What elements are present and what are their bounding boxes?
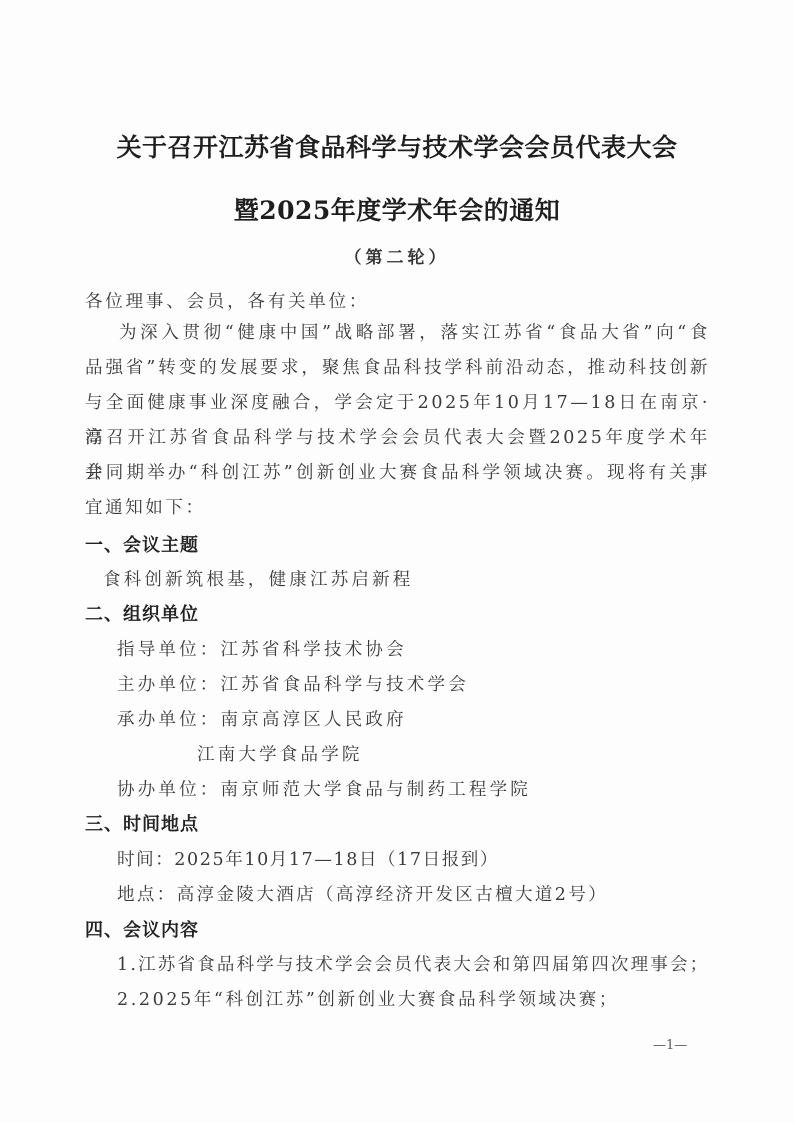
meeting-theme: 食科创新筑根基，健康江苏启新程 bbox=[103, 566, 414, 591]
organizer-unit: 承办单位：南京高淳区人民政府 bbox=[117, 706, 407, 731]
meeting-place: 地点：高淳金陵大酒店（高淳经济开发区古檀大道2号） bbox=[117, 881, 608, 906]
intro-line-1: 为深入贯彻“健康中国”战略部署，落实江苏省“食品大省”向“食 bbox=[85, 316, 710, 351]
notice-round: （第二轮） bbox=[0, 243, 794, 268]
organizer-unit-2: 江南大学食品学院 bbox=[197, 741, 363, 766]
section-heading-time-place: 三、时间地点 bbox=[85, 810, 199, 836]
guide-unit: 指导单位：江苏省科学技术协会 bbox=[117, 636, 407, 661]
salutation: 各位理事、会员，各有关单位： bbox=[85, 288, 369, 313]
section-heading-theme: 一、会议主题 bbox=[85, 531, 199, 557]
co-organizer-unit: 协办单位：南京师范大学食品与制药工程学院 bbox=[117, 776, 531, 801]
meeting-time: 时间：2025年10月17—18日（17日报到） bbox=[117, 846, 499, 871]
intro-line-2: 品强省”转变的发展要求，聚焦食品科技学科前沿动态，推动科技创新 bbox=[85, 351, 710, 386]
document-title-line2: 暨2025年度学术年会的通知 bbox=[0, 191, 794, 227]
document-title-line1: 关于召开江苏省食品科学与技术学会会员代表大会 bbox=[0, 128, 794, 164]
document-page: 关于召开江苏省食品科学与技术学会会员代表大会 暨2025年度学术年会的通知 （第… bbox=[0, 0, 794, 1123]
content-item-2: 2.2025年“科创江苏”创新创业大赛食品科学领域决赛； bbox=[117, 986, 619, 1011]
section-heading-content: 四、会议内容 bbox=[85, 916, 199, 942]
intro-line-5: 并同期举办“科创江苏”创新创业大赛食品科学领域决赛。现将有关事 bbox=[85, 456, 710, 491]
section-heading-organizers: 二、组织单位 bbox=[85, 600, 199, 626]
host-unit: 主办单位：江苏省食品科学与技术学会 bbox=[117, 671, 469, 696]
page-number: —1— bbox=[653, 1038, 687, 1053]
content-item-1: 1.江苏省食品科学与技术学会会员代表大会和第四届第四次理事会； bbox=[117, 951, 709, 976]
intro-line-6: 宜通知如下： bbox=[85, 491, 710, 526]
